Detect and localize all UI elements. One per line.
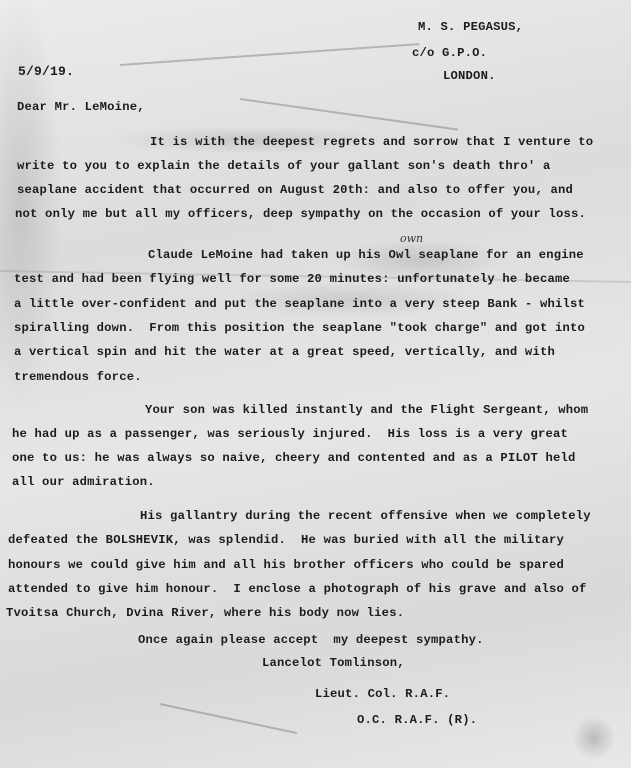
salutation: Dear Mr. LeMoine,	[17, 100, 145, 114]
signature-rank: Lieut. Col. R.A.F.	[315, 687, 450, 701]
paper-crease	[120, 43, 419, 66]
paragraph-2-line: a vertical spin and hit the water at a g…	[14, 345, 555, 359]
paragraph-3-line: he had up as a passenger, was seriously …	[12, 427, 568, 441]
letter-page: M. S. PEGASUS, c/o G.P.O. LONDON. 5/9/19…	[0, 0, 631, 768]
closing-line: Once again please accept my deepest symp…	[138, 633, 484, 647]
paragraph-3-line: all our admiration.	[12, 475, 155, 489]
paragraph-4-line: attended to give him honour. I enclose a…	[8, 582, 587, 596]
paragraph-1-line: not only me but all my officers, deep sy…	[15, 207, 586, 221]
paragraph-2-line: spiralling down. From this position the …	[14, 321, 585, 335]
paragraph-2-line: tremendous force.	[14, 370, 142, 384]
paragraph-4-line: defeated the BOLSHEVIK, was splendid. He…	[8, 533, 564, 547]
letterhead-address: c/o G.P.O.	[412, 46, 487, 60]
paragraph-1-line: It is with the deepest regrets and sorro…	[150, 135, 593, 149]
handwritten-annotation: own	[400, 232, 423, 245]
letterhead-city: LONDON.	[443, 69, 496, 83]
paragraph-3-line: one to us: he was always so naive, cheer…	[12, 451, 576, 465]
paper-crease	[240, 98, 458, 131]
paragraph-4-line: His gallantry during the recent offensiv…	[140, 509, 591, 523]
paragraph-4-line: honours we could give him and all his br…	[8, 558, 564, 572]
letterhead-ship: M. S. PEGASUS,	[418, 20, 523, 34]
paragraph-1-line: write to you to explain the details of y…	[17, 159, 550, 173]
letter-date: 5/9/19.	[18, 64, 74, 79]
paper-crease	[160, 703, 297, 734]
paragraph-2-line: test and had been flying well for some 2…	[14, 272, 570, 286]
paragraph-2-line: a little over-confident and put the seap…	[14, 297, 585, 311]
paragraph-1-line: seaplane accident that occurred on Augus…	[17, 183, 573, 197]
signature-name: Lancelot Tomlinson,	[262, 656, 405, 670]
paragraph-4-line: Tvoitsa Church, Dvina River, where his b…	[6, 606, 404, 620]
signature-title: O.C. R.A.F. (R).	[357, 713, 477, 727]
paragraph-2-line: Claude LeMoine had taken up his Owl seap…	[148, 248, 584, 262]
paragraph-3-line: Your son was killed instantly and the Fl…	[145, 403, 588, 417]
